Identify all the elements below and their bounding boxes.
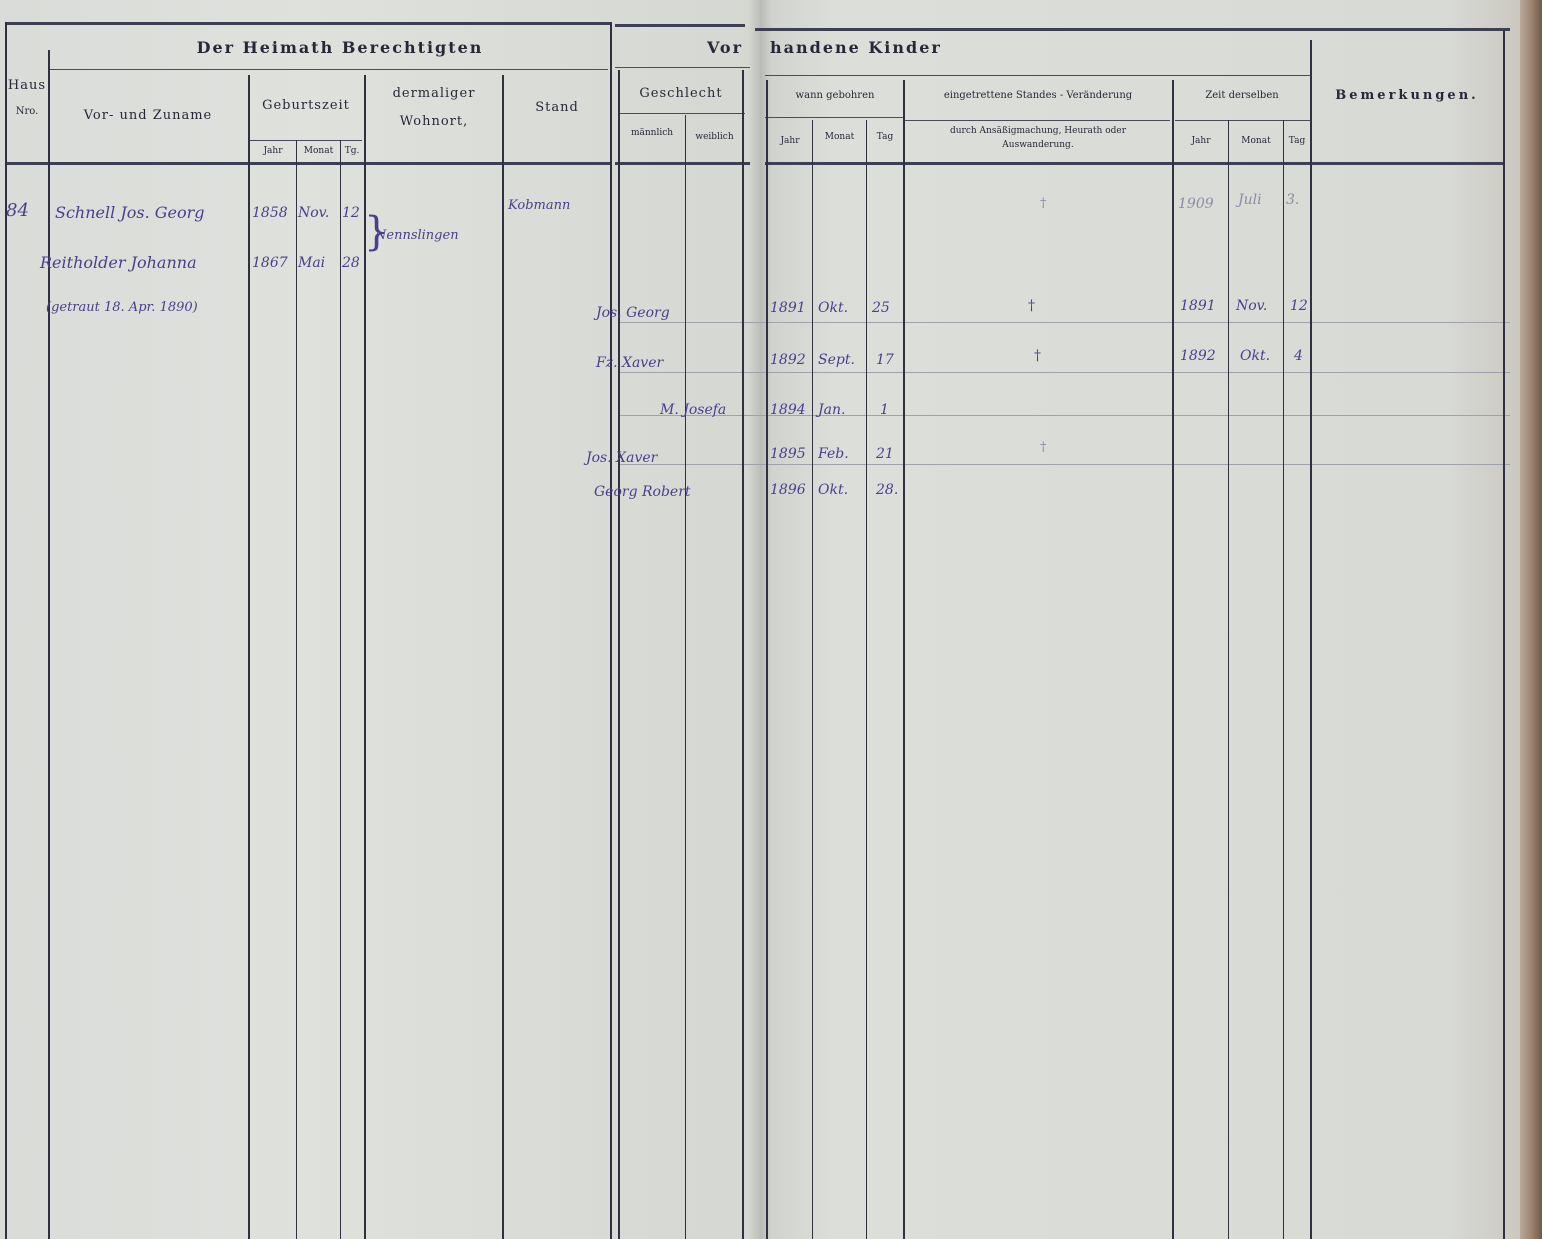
col-rule <box>502 75 504 1239</box>
col-rule <box>685 115 686 1239</box>
child-4-tag: 21 <box>876 446 894 462</box>
child-4-death-mark-icon: † <box>1040 440 1047 455</box>
header-vor-und-zuname: Vor- und Zuname <box>50 108 246 123</box>
header-zeit-derselben: Zeit derselben <box>1174 90 1310 101</box>
top-rule-right <box>755 28 1510 31</box>
col-rule <box>48 50 50 1239</box>
wann-sub-rule <box>765 117 905 118</box>
col-rule <box>1283 120 1284 1239</box>
title-vorhandene-right: handene Kinder <box>770 38 950 57</box>
book-gutter <box>748 0 772 1239</box>
child-1-jahr: 1891 <box>770 300 806 316</box>
wohnort: Nennslingen <box>375 228 459 243</box>
col-rule <box>1172 80 1174 1239</box>
child-2-name: Fz. Xaver <box>596 355 663 371</box>
left-page <box>0 0 760 1239</box>
child-1-name: Jos. Georg <box>596 305 670 321</box>
person-1-monat: Nov. <box>298 205 329 221</box>
child-1-change-jahr: 1891 <box>1180 298 1216 314</box>
parent-change-monat: Juli <box>1238 192 1262 208</box>
col-rule <box>1310 40 1312 1239</box>
header-wann-jahr: Jahr <box>768 136 812 146</box>
top-rule-left <box>5 22 610 25</box>
col-rule <box>903 80 905 1239</box>
child-2-change-monat: Okt. <box>1240 348 1270 364</box>
header-zeit-tag: Tag <box>1284 136 1310 146</box>
header-zeit-jahr: Jahr <box>1174 136 1228 146</box>
child-2-monat: Sept. <box>818 352 855 368</box>
right-page <box>760 0 1520 1239</box>
haus-nr: 84 <box>6 200 29 221</box>
col-rule <box>296 140 297 1239</box>
header-wann-monat: Monat <box>813 132 866 142</box>
header-stand: Stand <box>504 100 610 115</box>
header-bottom-rule-left <box>5 162 610 165</box>
header-standes-sub-1: durch Ansäßigmachung, Heurath oder <box>905 126 1171 136</box>
child-2-change-jahr: 1892 <box>1180 348 1216 364</box>
person-2-tag: 28 <box>342 255 360 271</box>
child-3-tag: 1 <box>880 402 889 418</box>
col-rule <box>866 120 867 1239</box>
header-nro: Nro. <box>6 106 48 117</box>
header-geburtszeit-jahr: Jahr <box>250 146 296 156</box>
child-2-tag: 17 <box>876 352 894 368</box>
child-1-monat: Okt. <box>818 300 848 316</box>
header-geburtszeit-tag: Tg. <box>341 146 363 156</box>
header-geburtszeit-monat: Monat <box>297 146 340 156</box>
person-2-monat: Mai <box>298 255 325 271</box>
col-rule <box>618 70 620 1239</box>
child-3-jahr: 1894 <box>770 402 806 418</box>
child-5-jahr: 1896 <box>770 482 806 498</box>
header-haus: Haus <box>6 78 48 93</box>
person-2-name: Reitholder Johanna <box>40 253 197 272</box>
subheader-rule-right <box>765 75 1310 76</box>
header-weiblich: weiblich <box>687 132 742 142</box>
subheader-rule-left <box>48 69 608 70</box>
parent-change-jahr: 1909 <box>1178 196 1214 212</box>
child-2-jahr: 1892 <box>770 352 806 368</box>
child-5-monat: Okt. <box>818 482 848 498</box>
child-3-monat: Jan. <box>818 402 845 418</box>
row-rule <box>620 415 1510 416</box>
header-bottom-rule-right <box>765 162 1505 165</box>
col-rule <box>1503 30 1505 1239</box>
geburtszeit-sub-rule <box>250 140 362 141</box>
person-2-jahr: 1867 <box>252 255 288 271</box>
child-1-change-tag: 12 <box>1290 298 1308 314</box>
row-rule <box>620 322 1510 323</box>
open-register-book: Der Heimath Berechtigten Vor handene Kin… <box>0 0 1542 1239</box>
child-4-jahr: 1895 <box>770 446 806 462</box>
subheader-rule-mid <box>615 67 750 68</box>
col-rule <box>248 75 250 1239</box>
col-rule <box>766 80 768 1239</box>
child-3-name: M. Josefa <box>660 402 726 418</box>
header-standes-sub-2: Auswanderung. <box>905 140 1171 150</box>
row-rule <box>620 464 1510 465</box>
header-maennlich: männlich <box>620 128 684 138</box>
person-1-jahr: 1858 <box>252 205 288 221</box>
zeit-sub-rule <box>1175 120 1310 121</box>
child-2-death-mark-icon: † <box>1034 348 1041 364</box>
header-wohnort: Wohnort, <box>366 114 502 129</box>
col-rule <box>340 140 341 1239</box>
child-4-name: Jos. Xaver <box>586 450 657 466</box>
col-rule <box>610 22 612 1239</box>
parent-change-tag: 3. <box>1286 192 1299 208</box>
person-1-name: Schnell Jos. Georg <box>55 203 205 222</box>
child-1-change-monat: Nov. <box>1236 298 1267 314</box>
child-5-name: Georg Robert <box>594 484 691 500</box>
child-5-tag: 28. <box>876 482 898 498</box>
header-wann-tag: Tag <box>867 132 903 142</box>
person-1-tag: 12 <box>342 205 360 221</box>
header-standes-veraenderung: eingetrettene Standes - Veränderung <box>905 90 1171 101</box>
header-dermaliger: dermaliger <box>366 86 502 101</box>
col-rule <box>742 70 744 1239</box>
standes-sub-rule <box>905 120 1170 121</box>
header-geburtszeit: Geburtszeit <box>250 98 362 113</box>
child-4-monat: Feb. <box>818 446 849 462</box>
marriage-note: (getraut 18. Apr. 1890) <box>46 300 198 315</box>
child-2-change-tag: 4 <box>1294 348 1303 364</box>
title-vorhandene-left: Vor <box>700 38 750 57</box>
header-wann-gebohren: wann gebohren <box>768 90 902 101</box>
top-rule-mid <box>615 24 745 27</box>
child-1-death-mark-icon: † <box>1028 298 1035 314</box>
page-edge <box>1520 0 1542 1239</box>
child-1-tag: 25 <box>872 300 890 316</box>
parent-death-mark-icon: † <box>1040 196 1047 211</box>
row-rule <box>620 372 1510 373</box>
header-bemerkungen: Bemerkungen. <box>1312 88 1502 103</box>
header-bottom-rule-mid <box>615 162 750 165</box>
header-geschlecht: Geschlecht <box>620 86 742 101</box>
col-rule <box>812 120 813 1239</box>
geschlecht-sub-rule <box>620 113 745 114</box>
col-rule <box>1228 120 1229 1239</box>
header-zeit-monat: Monat <box>1229 136 1283 146</box>
title-heimath-berechtigten: Der Heimath Berechtigten <box>150 38 530 57</box>
stand: Kobmann <box>508 198 570 213</box>
